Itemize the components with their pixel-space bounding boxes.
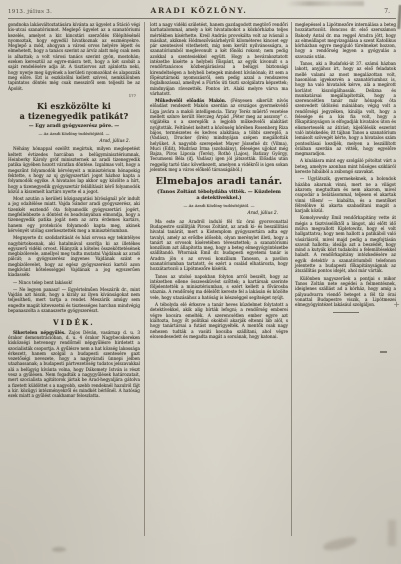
column-mark: 177 <box>8 93 140 98</box>
issue-date: 1913. július 3. <box>8 9 128 15</box>
news-item-text: (Fényesen sikerült nívós előadást rendez… <box>150 98 288 172</box>
scan-smudge-bottom-right <box>322 536 357 553</box>
page-number: 7. <box>270 8 396 15</box>
body-paragraph: meglepéssel a Lipótmezőre internálása a … <box>295 22 396 59</box>
article1-head: Ki eszközölte ki a tizenegyedik patikát?… <box>8 102 140 136</box>
news-item: Műkedvelői előadás Makón. (Fényesen sike… <box>150 98 288 172</box>
news-item-text: Zajos Déván, vasárnap d. u. 3 órakor dem… <box>8 330 140 399</box>
body-paragraph: Most azután a kerületi közigazgatási bír… <box>8 196 140 233</box>
article1-headline: Ki eszközölte ki a tizenegyedik patikát? <box>8 102 140 121</box>
column-rule-2 <box>291 22 292 536</box>
newspaper-page: + 1913. július 3. ARADI KÖZLÖNY. 7. gond… <box>0 0 401 564</box>
body-paragraph: gondnoka lakásváltoztatására kívánta az … <box>8 22 140 91</box>
header-rule <box>8 18 396 19</box>
body-paragraph: Tanos az utolsó napokban folyton arról b… <box>150 274 288 300</box>
article1-headline-line2: a tizenegyedik patikát? <box>20 111 129 121</box>
body-paragraph: Megnyerte dr. szolidaritását és házi orv… <box>8 235 140 277</box>
article2-subtitle: (Tanos Zoltánt tébolydába vitték. — Küzd… <box>156 189 282 201</box>
masthead-title: ARADI KÖZLÖNY. <box>128 6 270 15</box>
body-paragraph: A tébolyda elé érkezve a tanár heves küz… <box>150 302 288 339</box>
article1-dateline: Arad, július 2. <box>8 139 140 144</box>
article1-headline-line1: Ki eszközölte ki <box>37 101 111 111</box>
body-paragraph: Komolyowsky Emil rendőrkapitány vette át… <box>295 215 396 273</box>
news-item-lead: Műkedvelői előadás Makón. <box>155 98 226 103</box>
section-title-videk: VIDÉK. <box>8 320 140 325</box>
article2-dateline: Arad, július 2. <box>150 211 288 216</box>
article1-byline: — Az Aradi Közlöny tudósítójától. — <box>8 131 140 136</box>
text-columns: gondnoka lakásváltoztatására kívánta az … <box>8 22 396 536</box>
body-paragraph: lott a nagy vidéki születést, hanem gazd… <box>150 22 288 96</box>
column-2: lott a nagy vidéki születést, hanem gazd… <box>150 22 288 536</box>
body-paragraph: Különben nagyszerűek a pontjai s mikor T… <box>295 276 396 308</box>
body-paragraph: Tanos, aki a Budafoki-út 37. számú házba… <box>295 61 396 156</box>
news-item-lead: Sikertelen népgyűlés. <box>13 330 66 335</box>
column-rule-1 <box>144 22 145 536</box>
end-of-article-rule <box>333 312 359 313</box>
scan-smudge-bottom-left <box>52 547 66 552</box>
article2-headline: Elmebajos aradi tanár. <box>150 176 288 187</box>
article2-byline: — Az Aradi Közlöny tudósítójától. — <box>150 203 288 208</box>
body-paragraph: A kínálásra mint egy szolgáló pótoltat v… <box>295 158 396 174</box>
scan-mark-right-edge <box>397 5 401 29</box>
body-paragraph: Ma este az Aradról induló fél tíz órai g… <box>150 219 288 272</box>
page-header: 1913. július 3. ARADI KÖZLÖNY. 7. <box>8 6 396 18</box>
body-paragraph: — Ugylátszik, gyermekeknek, a bolondok h… <box>295 176 396 213</box>
column-3: meglepéssel a Lipótmezőre internálása a … <box>295 22 396 536</box>
article2-head: Elmebajos aradi tanár. (Tanos Zoltánt té… <box>150 176 288 208</box>
body-paragraph: — Nincs telep bent lakások! <box>8 280 140 285</box>
article1-subtitle: — Egy aradi gyógyszerész pöre. — <box>14 123 134 129</box>
column-1: gondnoka lakásváltoztatására kívánta az … <box>8 22 140 536</box>
body-paragraph: Néhány hónappal ezelőtt megírtuk, milyen… <box>8 146 140 194</box>
news-item: Sikertelen népgyűlés. Zajos Déván, vasár… <box>8 330 140 399</box>
body-paragraph: — Ne legyen panasz! — Egyértelműen Meszá… <box>8 287 140 313</box>
